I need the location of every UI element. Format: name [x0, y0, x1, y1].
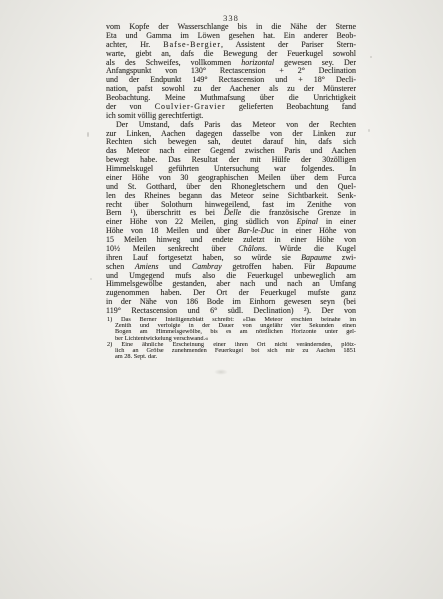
scan-artifact	[87, 132, 89, 137]
text-line: warte, giebt an, dafs die Bewegung der F…	[106, 50, 356, 59]
text-line: einer Höhe von 22 Meilen, ging südlich v…	[106, 218, 356, 227]
text-line: ich somit völlig gerechtfertigt.	[106, 112, 356, 121]
text-line: 119° Rectascension und 6° südl. Declinat…	[106, 307, 356, 316]
text-line: zugenommen haben. Der Ort der Feuerkugel…	[106, 289, 356, 298]
text-line: das Meteor nach einer Gegend zwischen Pa…	[106, 147, 356, 156]
text-line: 15 Meilen hinweg und endete zuletzt in e…	[106, 236, 356, 245]
body-text: vom Kopfe der Wasserschlange bis in die …	[106, 23, 356, 316]
footnote-line: am 28. Sept. dar.	[107, 354, 356, 360]
text-line: Der Umstand, dafs Paris das Meteor von d…	[106, 121, 356, 130]
text-line: Himmelskugel geführten Untersuchung war …	[106, 165, 356, 174]
text-line: Anfangspunkt von 130° Rectascension + 2°…	[106, 67, 356, 76]
text-line: der von Coulvier-Gravier gelieferten Beo…	[106, 103, 356, 112]
text-line: ihren Lauf fortgesetzt haben, so würde s…	[106, 254, 356, 263]
scan-artifact	[368, 129, 370, 132]
scan-artifact	[90, 278, 92, 280]
page-number: 338	[106, 13, 356, 23]
text-line: als des Schweifes, vollkommen horizontal…	[106, 59, 356, 68]
text-line: recht über Solothurn hinwegeilend, fast …	[106, 201, 356, 210]
text-line: Himmelsgewölbe gestanden, aber nach und …	[106, 280, 356, 289]
text-line: schen Amiens und Cambray getroffen haben…	[106, 263, 356, 272]
footnotes: 1) Das Berner Intelligenzblatt schreibt:…	[107, 317, 356, 360]
text-line: einer Höhe von 30 geographischen Meilen …	[106, 174, 356, 183]
text-line: und der Endpunkt 149° Rectascension und …	[106, 76, 356, 85]
text-line: 10½ Meilen senkrecht über Châlons. Würde…	[106, 245, 356, 254]
text-line: in der Nähe von 186 Bode im Einhorn gewe…	[106, 298, 356, 307]
text-line: und Umgegend mufs also die Feuerkugel un…	[106, 272, 356, 281]
text-line: zur Linken, Aachen dagegen dasselbe von …	[106, 130, 356, 139]
text-line: Bern ¹), überschritt es bei Delle die fr…	[106, 209, 356, 218]
text-line: achter, Hr. Bafse-Bergier, Assistent der…	[106, 41, 356, 50]
text-line: len des Rheines begann das Meteor seine …	[106, 192, 356, 201]
text-line: Beobachtung. Meine Muthmafsung über die …	[106, 94, 356, 103]
text-line: Eta und Gamma im Löwen gesehen hat. Ein …	[106, 32, 356, 41]
scan-artifact	[370, 56, 372, 58]
text-line: Höhe von 18 Meilen und über Bar-le-Duc i…	[106, 227, 356, 236]
scan-artifact	[214, 369, 228, 375]
book-page: 338 vom Kopfe der Wasserschlange bis in …	[0, 0, 443, 599]
text-line: vom Kopfe der Wasserschlange bis in die …	[106, 23, 356, 32]
text-line: bewegt habe. Das Resultat der mit Hülfe …	[106, 156, 356, 165]
text-line: und St. Gotthard, über den Rhonegletsche…	[106, 183, 356, 192]
text-line: Rechten sich bewegen sah, deutet darauf …	[106, 138, 356, 147]
text-line: nation, pafst sowohl zu der Aachener als…	[106, 85, 356, 94]
